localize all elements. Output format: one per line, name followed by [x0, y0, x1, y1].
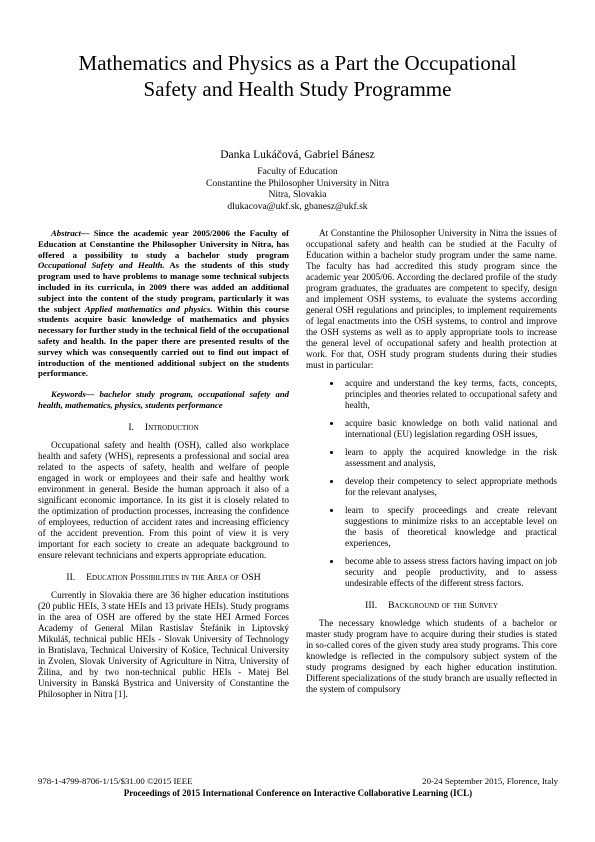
competency-bullet-list: acquire and understand the key terms, fa… [306, 378, 557, 589]
paper-title: Mathematics and Physics as a Part the Oc… [36, 50, 559, 102]
section-title-3: Background of the Survey [388, 600, 498, 611]
author-emails: dlukacova@ukf.sk, gbanesz@ukf.sk [0, 201, 595, 213]
abstract-text-3: Within this course students acquire basi… [38, 304, 289, 379]
bullet-item: learn to apply the acquired knowledge in… [342, 447, 557, 469]
section-heading-background-survey: III.Background of the Survey [306, 600, 557, 611]
author-location: Nitra, Slovakia [0, 189, 595, 201]
right-column: At Constantine the Philosopher Universit… [306, 228, 557, 700]
bullet-item: develop their competency to select appro… [342, 476, 557, 498]
bullet-item: become able to assess stress factors hav… [342, 556, 557, 589]
education-possibilities-paragraph: Currently in Slovakia there are 36 highe… [38, 590, 289, 700]
bullet-item: learn to specify proceedings and create … [342, 505, 557, 549]
authors-block: Danka Lukáčová, Gabriel Bánesz Faculty o… [0, 148, 595, 212]
bullet-item: acquire basic knowledge on both valid na… [342, 418, 557, 440]
page-footer: 978-1-4799-8706-1/15/$31.00 ©2015 IEEE 2… [38, 776, 558, 799]
paper-title-line1: Mathematics and Physics as a Part the Oc… [36, 50, 559, 76]
author-department: Faculty of Education [0, 166, 595, 178]
footer-isbn: 978-1-4799-8706-1/15/$31.00 ©2015 IEEE [38, 776, 193, 787]
paper-page: Mathematics and Physics as a Part the Oc… [0, 0, 595, 842]
footer-conference-date: 20-24 September 2015, Florence, Italy [422, 776, 558, 787]
section-heading-introduction: I.Introduction [38, 422, 289, 433]
keywords-paragraph: Keywords— bachelor study program, occupa… [38, 389, 289, 411]
section-title-1: Introduction [145, 422, 199, 433]
footer-row: 978-1-4799-8706-1/15/$31.00 ©2015 IEEE 2… [38, 776, 558, 787]
footer-proceedings-line: Proceedings of 2015 International Confer… [38, 788, 558, 799]
section-number-3: III. [365, 600, 377, 611]
bullet-item: acquire and understand the key terms, fa… [342, 378, 557, 411]
section-number-1: I. [128, 422, 134, 433]
introduction-paragraph: Occupational safety and health (OSH), ca… [38, 440, 289, 561]
author-names: Danka Lukáčová, Gabriel Bánesz [0, 148, 595, 162]
left-column: Abstract— Since the academic year 2005/2… [38, 228, 289, 700]
body-columns: Abstract— Since the academic year 2005/2… [38, 228, 558, 700]
section-title-2: Education Possibilities in the Area of O… [86, 572, 260, 583]
paper-title-line2: Safety and Health Study Programme [36, 76, 559, 102]
abstract-italic-2: Applied mathematics and physics. [85, 304, 213, 314]
abstract-italic-1: Occupational Safety and Health. [38, 260, 165, 270]
university-program-paragraph: At Constantine the Philosopher Universit… [306, 228, 557, 371]
abstract-label: Abstract— [51, 228, 90, 238]
keywords-label: Keywords— [51, 389, 94, 399]
author-university: Constantine the Philosopher University i… [0, 178, 595, 190]
background-survey-paragraph: The necessary knowledge which students o… [306, 618, 557, 695]
section-number-2: II. [66, 572, 75, 583]
abstract-paragraph: Abstract— Since the academic year 2005/2… [38, 228, 289, 379]
section-heading-education-possibilities: II.Education Possibilities in the Area o… [38, 572, 289, 583]
